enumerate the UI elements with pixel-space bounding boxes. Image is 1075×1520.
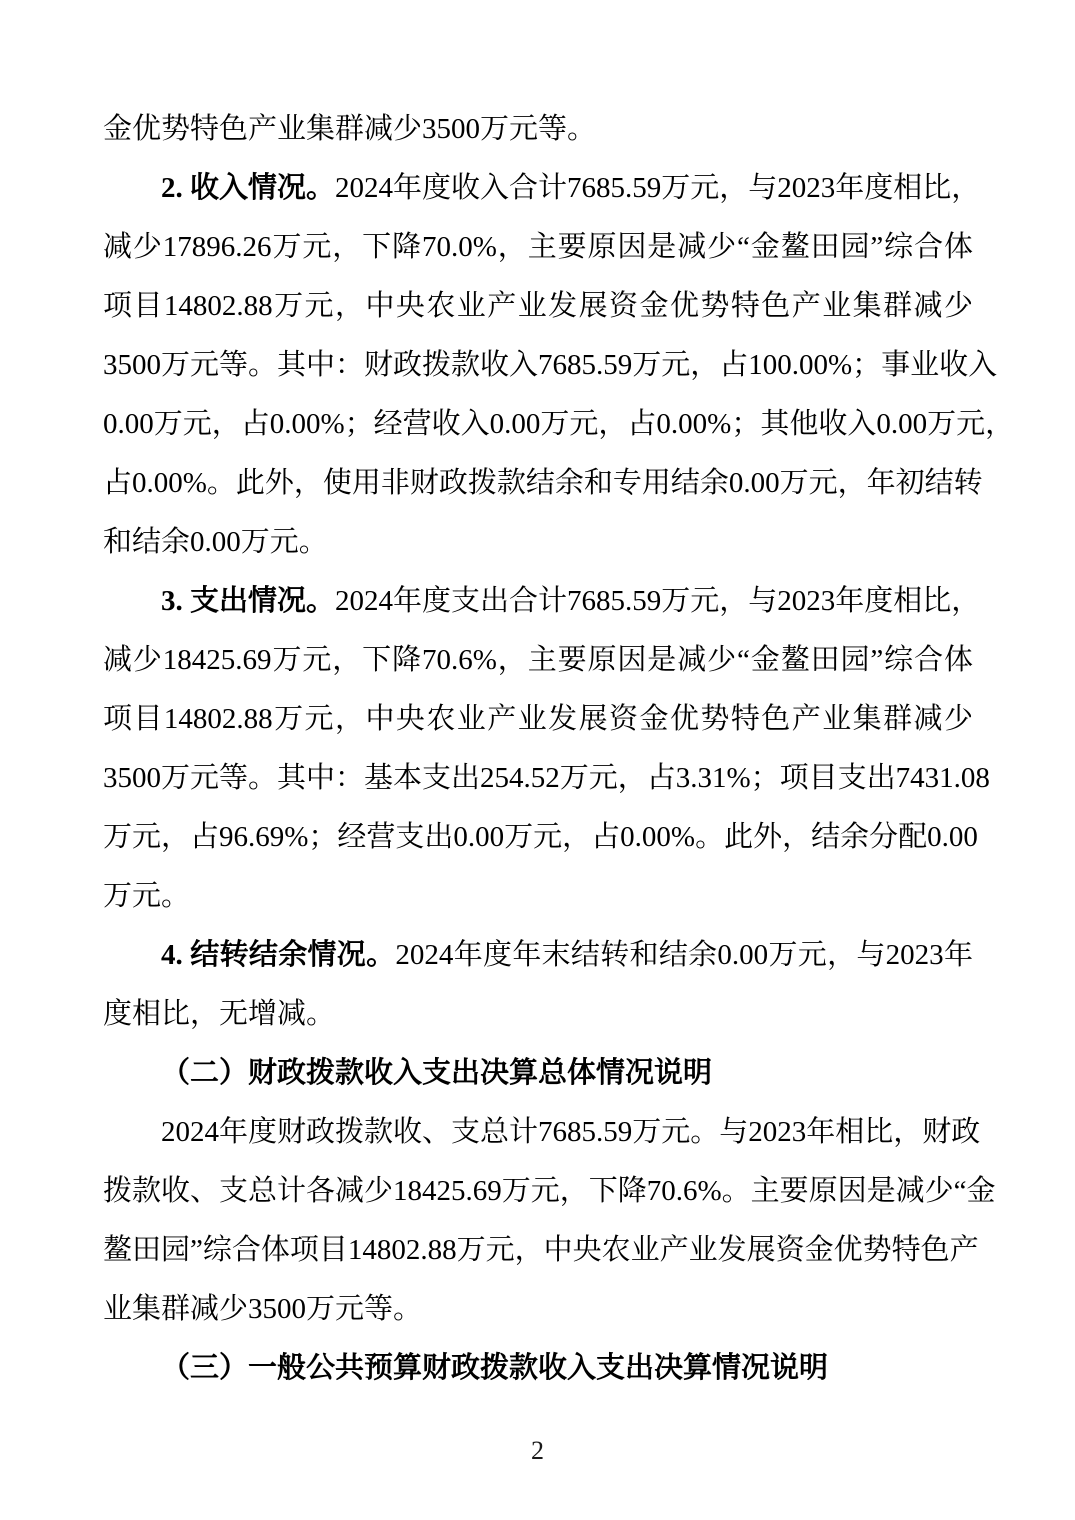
line-text: 减少18425.69万元，下降70.6%，主要原因是减少“金鳌田园”综合体 bbox=[103, 644, 973, 676]
paragraph-number-lead: 4. 结转结余情况。 bbox=[161, 939, 395, 971]
line-text: 减少17896.26万元，下降70.0%，主要原因是减少“金鳌田园”综合体 bbox=[103, 231, 973, 263]
text-line: 减少18425.69万元，下降70.6%，主要原因是减少“金鳌田园”综合体 bbox=[103, 631, 973, 690]
paragraph-first-line: 4. 结转结余情况。2024年度年末结转和结余0.00万元，与2023年 bbox=[103, 926, 973, 985]
text-line: 鳌田园”综合体项目14802.88万元，中央农业产业发展资金优势特色产 bbox=[103, 1221, 973, 1280]
line-text: 0.00万元，占0.00%；经营收入0.00万元，占0.00%；其他收入0.00… bbox=[103, 408, 1014, 440]
page-footer: 2 bbox=[0, 1436, 1075, 1466]
line-text: 拨款收、支总计各减少18425.69万元，下降70.6%。主要原因是减少“金 bbox=[103, 1175, 996, 1207]
paragraph-first-line: 2. 收入情况。2024年度收入合计7685.59万元，与2023年度相比， bbox=[103, 159, 973, 218]
line-text: 占0.00%。此外，使用非财政拨款结余和专用结余0.00万元，年初结转 bbox=[103, 467, 983, 499]
line-text: 项目14802.88万元，中央农业产业发展资金优势特色产业集群减少 bbox=[103, 290, 973, 322]
text-line: 0.00万元，占0.00%；经营收入0.00万元，占0.00%；其他收入0.00… bbox=[103, 395, 973, 454]
text-line: 项目14802.88万元，中央农业产业发展资金优势特色产业集群减少 bbox=[103, 277, 973, 336]
paragraph-first-line: 3. 支出情况。2024年度支出合计7685.59万元，与2023年度相比， bbox=[103, 572, 973, 631]
line-text: 鳌田园”综合体项目14802.88万元，中央农业产业发展资金优势特色产 bbox=[103, 1234, 979, 1266]
text-line: 拨款收、支总计各减少18425.69万元，下降70.6%。主要原因是减少“金 bbox=[103, 1162, 973, 1221]
document-page: 金优势特色产业集群减少3500万元等。2. 收入情况。2024年度收入合计768… bbox=[0, 0, 1075, 1520]
line-text: （二）财政拨款收入支出决算总体情况说明 bbox=[161, 1057, 712, 1089]
paragraph-number-lead: 2. 收入情况。 bbox=[161, 172, 335, 204]
text-line: 度相比，无增减。 bbox=[103, 985, 973, 1044]
line-text: 万元。 bbox=[103, 880, 190, 912]
text-line: 万元，占96.69%；经营支出0.00万元，占0.00%。此外，结余分配0.00 bbox=[103, 808, 973, 867]
text-line: 金优势特色产业集群减少3500万元等。 bbox=[103, 100, 973, 159]
line-text: 金优势特色产业集群减少3500万元等。 bbox=[103, 113, 596, 145]
text-line: 3500万元等。其中：财政拨款收入7685.59万元，占100.00%；事业收入 bbox=[103, 336, 973, 395]
section-heading: （二）财政拨款收入支出决算总体情况说明 bbox=[103, 1044, 973, 1103]
text-line: 3500万元等。其中：基本支出254.52万元，占3.31%；项目支出7431.… bbox=[103, 749, 973, 808]
line-text: 和结余0.00万元。 bbox=[103, 526, 328, 558]
text-line: 项目14802.88万元，中央农业产业发展资金优势特色产业集群减少 bbox=[103, 690, 973, 749]
line-text: 业集群减少3500万元等。 bbox=[103, 1293, 422, 1325]
paragraph-number-lead: 3. 支出情况。 bbox=[161, 585, 335, 617]
line-text: 2024年度支出合计7685.59万元，与2023年度相比， bbox=[335, 585, 980, 617]
page-number: 2 bbox=[531, 1436, 544, 1465]
text-line: 和结余0.00万元。 bbox=[103, 513, 973, 572]
line-text: 万元，占96.69%；经营支出0.00万元，占0.00%。此外，结余分配0.00 bbox=[103, 821, 978, 853]
line-text: 2024年度收入合计7685.59万元，与2023年度相比， bbox=[335, 172, 980, 204]
line-text: 2024年度年末结转和结余0.00万元，与2023年 bbox=[395, 939, 973, 971]
line-text: 3500万元等。其中：财政拨款收入7685.59万元，占100.00%；事业收入 bbox=[103, 349, 997, 381]
text-line: 占0.00%。此外，使用非财政拨款结余和专用结余0.00万元，年初结转 bbox=[103, 454, 973, 513]
text-line: 减少17896.26万元，下降70.0%，主要原因是减少“金鳌田园”综合体 bbox=[103, 218, 973, 277]
line-text: 3500万元等。其中：基本支出254.52万元，占3.31%；项目支出7431.… bbox=[103, 762, 990, 794]
line-text: 2024年度财政拨款收、支总计7685.59万元。与2023年相比，财政 bbox=[161, 1116, 980, 1148]
line-text: 度相比，无增减。 bbox=[103, 998, 335, 1030]
line-text: 项目14802.88万元，中央农业产业发展资金优势特色产业集群减少 bbox=[103, 703, 973, 735]
text-line: 万元。 bbox=[103, 867, 973, 926]
document-body: 金优势特色产业集群减少3500万元等。2. 收入情况。2024年度收入合计768… bbox=[103, 100, 973, 1398]
text-line: 2024年度财政拨款收、支总计7685.59万元。与2023年相比，财政 bbox=[103, 1103, 973, 1162]
text-line: 业集群减少3500万元等。 bbox=[103, 1280, 973, 1339]
line-text: （三）一般公共预算财政拨款收入支出决算情况说明 bbox=[161, 1352, 828, 1384]
section-heading: （三）一般公共预算财政拨款收入支出决算情况说明 bbox=[103, 1339, 973, 1398]
